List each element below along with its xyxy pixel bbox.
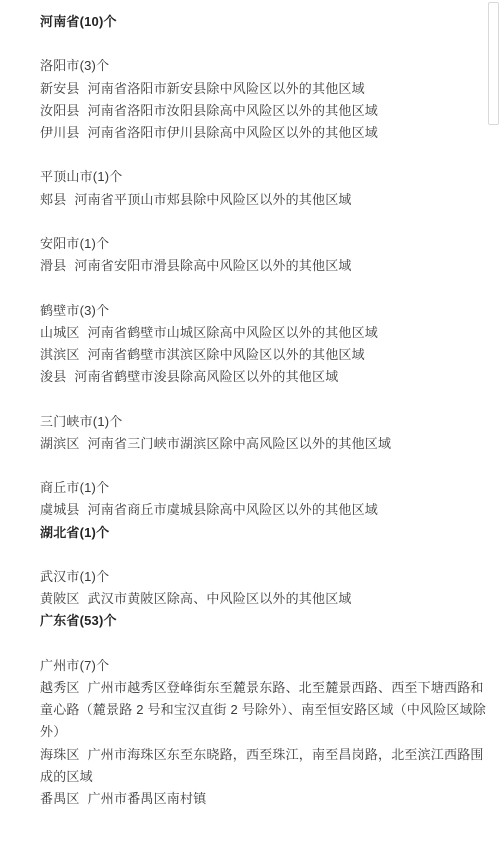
district-name: 湖滨区 bbox=[40, 436, 80, 451]
city-heading: 平顶山市(1)个 bbox=[40, 166, 488, 188]
district-name: 浚县 bbox=[40, 369, 66, 384]
district-desc: 河南省安阳市滑县除高中风险区以外的其他区域 bbox=[74, 258, 351, 273]
district-name: 淇滨区 bbox=[40, 347, 80, 362]
district-name: 越秀区 bbox=[40, 680, 80, 695]
district-entry: 虞城县河南省商丘市虞城县除高中风险区以外的其他区域 bbox=[40, 499, 488, 521]
district-desc: 河南省商丘市虞城县除高中风险区以外的其他区域 bbox=[88, 502, 378, 517]
district-name: 海珠区 bbox=[40, 747, 80, 762]
city-group-luoyang: 洛阳市(3)个 新安县河南省洛阳市新安县除中风险区以外的其他区域 汝阳县河南省洛… bbox=[40, 55, 488, 144]
district-entry: 滑县河南省安阳市滑县除高中风险区以外的其他区域 bbox=[40, 255, 488, 277]
district-desc: 河南省洛阳市伊川县除高中风险区以外的其他区域 bbox=[88, 125, 378, 140]
district-entry: 淇滨区河南省鹤壁市淇滨区除中风险区以外的其他区域 bbox=[40, 344, 488, 366]
district-name: 滑县 bbox=[40, 258, 66, 273]
province-heading-guangdong: 广东省(53)个 bbox=[40, 610, 488, 632]
city-heading: 鹤壁市(3)个 bbox=[40, 300, 488, 322]
district-entry: 黄陂区武汉市黄陂区除高、中风险区以外的其他区域 bbox=[40, 588, 488, 610]
district-desc: 广州市越秀区登峰街东至麓景东路、北至麓景西路、西至下塘西路和童心路（麓景路 2 … bbox=[40, 680, 486, 739]
district-entry: 湖滨区河南省三门峡市湖滨区除中高风险区以外的其他区域 bbox=[40, 433, 488, 455]
district-name: 黄陂区 bbox=[40, 591, 80, 606]
district-desc: 广州市海珠区东至东晓路，西至珠江，南至昌岗路，北至滨江西路围成的区域 bbox=[40, 747, 484, 784]
district-entry: 郏县河南省平顶山市郏县除中风险区以外的其他区域 bbox=[40, 189, 488, 211]
district-desc: 广州市番禺区南村镇 bbox=[88, 791, 207, 806]
district-desc: 河南省平顶山市郏县除中风险区以外的其他区域 bbox=[74, 192, 351, 207]
city-group-sanmenxia: 三门峡市(1)个 湖滨区河南省三门峡市湖滨区除中高风险区以外的其他区域 bbox=[40, 411, 488, 455]
city-group-guangzhou: 广州市(7)个 越秀区广州市越秀区登峰街东至麓景东路、北至麓景西路、西至下塘西路… bbox=[40, 655, 488, 810]
district-name: 新安县 bbox=[40, 81, 80, 96]
province-heading-henan: 河南省(10)个 bbox=[40, 11, 488, 33]
city-heading: 三门峡市(1)个 bbox=[40, 411, 488, 433]
city-heading: 安阳市(1)个 bbox=[40, 233, 488, 255]
district-desc: 武汉市黄陂区除高、中风险区以外的其他区域 bbox=[88, 591, 352, 606]
district-entry: 海珠区广州市海珠区东至东晓路，西至珠江，南至昌岗路，北至滨江西路围成的区域 bbox=[40, 744, 488, 788]
district-name: 虞城县 bbox=[40, 502, 80, 517]
district-entry: 浚县河南省鹤壁市浚县除高风险区以外的其他区域 bbox=[40, 366, 488, 388]
province-heading-hubei: 湖北省(1)个 bbox=[40, 522, 488, 544]
district-desc: 河南省鹤壁市山城区除高中风险区以外的其他区域 bbox=[88, 325, 378, 340]
city-heading: 武汉市(1)个 bbox=[40, 566, 488, 588]
city-group-wuhan: 武汉市(1)个 黄陂区武汉市黄陂区除高、中风险区以外的其他区域 bbox=[40, 566, 488, 610]
district-name: 山城区 bbox=[40, 325, 80, 340]
district-name: 伊川县 bbox=[40, 125, 80, 140]
risk-area-document: 河南省(10)个 洛阳市(3)个 新安县河南省洛阳市新安县除中风险区以外的其他区… bbox=[40, 0, 488, 810]
city-group-pingdingshan: 平顶山市(1)个 郏县河南省平顶山市郏县除中风险区以外的其他区域 bbox=[40, 166, 488, 210]
district-entry: 汝阳县河南省洛阳市汝阳县除高中风险区以外的其他区域 bbox=[40, 100, 488, 122]
city-heading: 广州市(7)个 bbox=[40, 655, 488, 677]
district-entry: 越秀区广州市越秀区登峰街东至麓景东路、北至麓景西路、西至下塘西路和童心路（麓景路… bbox=[40, 677, 488, 744]
district-entry: 新安县河南省洛阳市新安县除中风险区以外的其他区域 bbox=[40, 78, 488, 100]
district-desc: 河南省洛阳市汝阳县除高中风险区以外的其他区域 bbox=[88, 103, 378, 118]
district-entry: 番禺区广州市番禺区南村镇 bbox=[40, 788, 488, 810]
district-desc: 河南省三门峡市湖滨区除中高风险区以外的其他区域 bbox=[88, 436, 392, 451]
district-desc: 河南省洛阳市新安县除中风险区以外的其他区域 bbox=[88, 81, 365, 96]
city-group-hebi: 鹤壁市(3)个 山城区河南省鹤壁市山城区除高中风险区以外的其他区域 淇滨区河南省… bbox=[40, 300, 488, 389]
district-name: 郏县 bbox=[40, 192, 66, 207]
city-group-shangqiu: 商丘市(1)个 虞城县河南省商丘市虞城县除高中风险区以外的其他区域 bbox=[40, 477, 488, 521]
city-heading: 洛阳市(3)个 bbox=[40, 55, 488, 77]
scrollbar-thumb[interactable] bbox=[488, 2, 499, 125]
district-desc: 河南省鹤壁市浚县除高风险区以外的其他区域 bbox=[74, 369, 338, 384]
district-entry: 山城区河南省鹤壁市山城区除高中风险区以外的其他区域 bbox=[40, 322, 488, 344]
city-heading: 商丘市(1)个 bbox=[40, 477, 488, 499]
district-desc: 河南省鹤壁市淇滨区除中风险区以外的其他区域 bbox=[88, 347, 365, 362]
city-group-anyang: 安阳市(1)个 滑县河南省安阳市滑县除高中风险区以外的其他区域 bbox=[40, 233, 488, 277]
district-name: 汝阳县 bbox=[40, 103, 80, 118]
district-name: 番禺区 bbox=[40, 791, 80, 806]
district-entry: 伊川县河南省洛阳市伊川县除高中风险区以外的其他区域 bbox=[40, 122, 488, 144]
